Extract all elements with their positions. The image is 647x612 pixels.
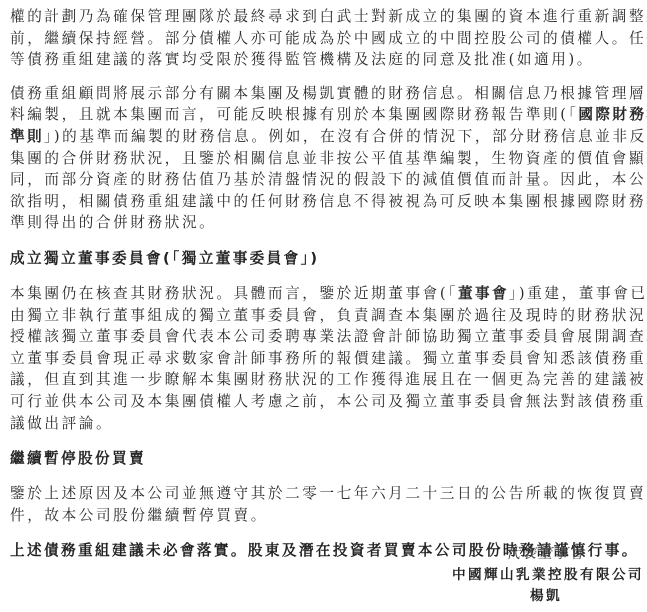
signature-company: 中國輝山乳業控股有限公司 (452, 565, 640, 586)
announcement-page: 權的計劃乃為確保管理團隊於最終尋求到白武士對新成立的集團的資本進行重新調整之 前… (10, 6, 640, 561)
section-heading-independent-committee: 成立獨立董事委員會(「獨立董事委員會」) (10, 248, 640, 269)
paragraph-trading-suspension: 鑒於上述原因及本公司並無遵守其於二零一七年六月二十三日的公告所載的恢復買賣的條 … (10, 483, 640, 526)
text-line: 料編製，且就本集團而言，可能反映根據有別於本集團國際財務報告準則(「國際財務報告 (10, 104, 640, 126)
signature-block: 代表董事會 中國輝山乳業控股有限公司 楊凱 (452, 544, 640, 607)
defined-term: 國際財務報告 (578, 106, 647, 123)
defined-term: 董事會 (458, 285, 509, 302)
defined-term: 準則 (10, 128, 44, 145)
text-line: 等債務重組建議的落實均受限於獲得監管機構及法庭的同意及批准(如適用)。 (10, 49, 640, 71)
text-line: 立董事委員會現正尋求數家會計師事務所的報價建議。獨立董事委員會知悉該債務重組建 (10, 348, 640, 370)
text-line: 由獨立非執行董事組成的獨立董事委員會，負責調查本集團於過往及現時的財務狀況，並 (10, 305, 640, 327)
text-line: 集團的合併財務狀況，且鑒於相關信息並非按公平值基準編製，生物資產的價值會顯著不 (10, 148, 640, 170)
text-line: 議，但直到其進一步瞭解本集團財務狀況的工作獲得進展且在一個更為完善的建議被確定 (10, 369, 640, 391)
text-line: 欲指明，相關債務重組建議中的任何財務信息不得被視為可反映本集團根據國際財務報告 (10, 191, 640, 213)
text-line: 同，而部分資產的財務估值乃基於清盤情況的假設下的減值價值而計量。因此，本公司意 (10, 169, 640, 191)
text-line: 債務重組顧問將展示部分有關本集團及楊凱實體的財務信息。相關信息乃根據管理層的資 (10, 83, 640, 105)
paragraph-independent-committee: 本集團仍在核查其財務狀況。具體而言，鑒於近期董事會(「董事會」)重建，董事會已成… (10, 283, 640, 434)
section-heading-trading-suspension: 繼續暫停股份買賣 (10, 448, 640, 469)
text-line: 權的計劃乃為確保管理團隊於最終尋求到白武士對新成立的集團的資本進行重新調整之 (10, 6, 640, 28)
text-line: 本集團仍在核查其財務狀況。具體而言，鑒於近期董事會(「董事會」)重建，董事會已成… (10, 283, 640, 305)
paragraph-restructuring-plan: 權的計劃乃為確保管理團隊於最終尋求到白武士對新成立的集團的資本進行重新調整之 前… (10, 6, 640, 71)
signature-role: 代表董事會 (452, 544, 640, 565)
signature-name: 楊凱 (452, 586, 640, 607)
text-line: 議做出評論。 (10, 413, 640, 435)
text-line: 授權該獨立董事委員會代表本公司委聘專業法證會計師協助獨立董事委員會展開調查。獨 (10, 326, 640, 348)
text-line: 件，故本公司股份繼續暫停買賣。 (10, 505, 640, 527)
text-line: 前，繼續保持經營。部分債權人亦可能成為於中國成立的中間控股公司的債權人。任何該 (10, 28, 640, 50)
text-line: 準則得出的合併財務狀況。 (10, 212, 640, 234)
text-line: 準則」)的基準而編製的財務信息。例如，在沒有合併的情況下，部分財務信息並非反映本 (10, 126, 640, 148)
text-line: 可行並供本公司及本集團債權人考慮之前，本公司及獨立董事委員會無法對該債務重組建 (10, 391, 640, 413)
paragraph-financial-information: 債務重組顧問將展示部分有關本集團及楊凱實體的財務信息。相關信息乃根據管理層的資 … (10, 83, 640, 234)
text-line: 鑒於上述原因及本公司並無遵守其於二零一七年六月二十三日的公告所載的恢復買賣的條 (10, 483, 640, 505)
